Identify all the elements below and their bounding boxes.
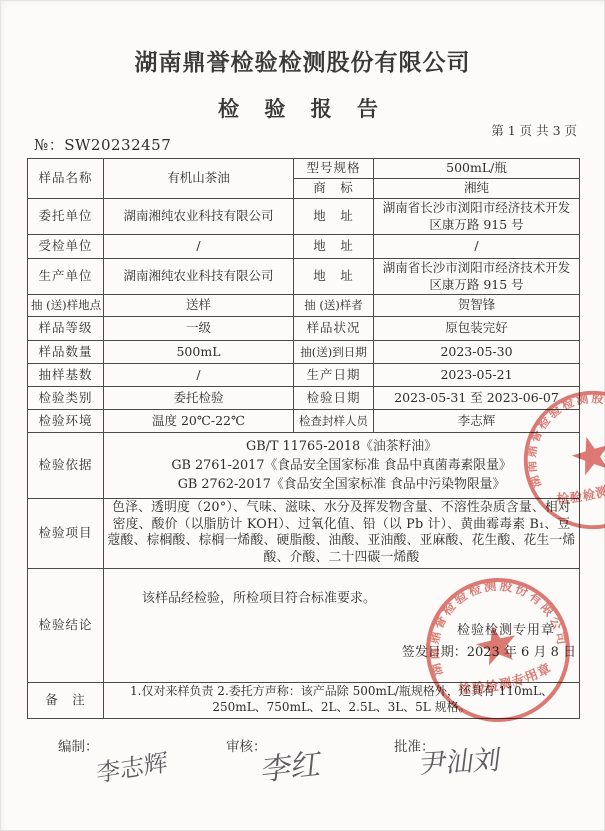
sample-quantity-value: 500mL — [104, 341, 294, 364]
inspection-report-page: 湖南鼎誉检验检测股份有限公司 检 验 报 告 №：SW20232457 第 1 … — [0, 0, 605, 831]
address-label: 地 址 — [294, 259, 374, 295]
table-row: 抽样基数 / 生产日期 2023-05-21 — [28, 364, 580, 387]
table-row: 备 注 1.仅对来样负责 2.委托方声称：该产品除 500mL/瓶规格外，还具有… — [28, 682, 580, 718]
items-label: 检验项目 — [28, 499, 104, 569]
sample-condition-value: 原包装完好 — [374, 317, 580, 341]
sample-name-label: 样品名称 — [28, 159, 104, 199]
table-row: 委托单位 湖南湘纯农业科技有限公司 地 址 湖南省长沙市浏阳市经济技术开发区康万… — [28, 199, 580, 235]
spec-label: 型号规格 — [294, 159, 374, 179]
table-row: 样品数量 500mL 抽(送)到日期 2023-05-30 — [28, 341, 580, 364]
seal-checker-label: 检查封样人员 — [294, 410, 374, 433]
table-row: 检验结论 该样品经检验，所检项目符合标准要求。 检验检测专用章 签发日期：202… — [28, 568, 580, 682]
sampler-label: 抽 (送)样者 — [294, 295, 374, 317]
sample-grade-value: 一级 — [104, 317, 294, 341]
approved-by-signature: 尹汕刘 — [418, 738, 504, 782]
sample-grade-label: 样品等级 — [28, 317, 104, 341]
inspection-date-value: 2023-05-31 至 2023-06-07 — [374, 387, 580, 410]
table-row: 抽 (送)样地点 送样 抽 (送)样者 贺智锋 — [28, 295, 580, 317]
production-date-label: 生产日期 — [294, 364, 374, 387]
brand-value: 湘纯 — [374, 179, 580, 199]
remark-label: 备 注 — [28, 682, 104, 718]
table-row: 生产单位 湖南湘纯农业科技有限公司 地 址 湖南省长沙市浏阳市经济技术开发区康万… — [28, 259, 580, 295]
reviewed-by-signature: 李红 — [260, 738, 324, 789]
sampling-base-value: / — [104, 364, 294, 387]
table-row: 检验项目 色泽、透明度（20°）、气味、滋味、水分及挥发物含量、不溶性杂质含量、… — [28, 499, 580, 569]
inspection-type-label: 检验类别 — [28, 387, 104, 410]
sampling-base-label: 抽样基数 — [28, 364, 104, 387]
manufacturer-value: 湖南湘纯农业科技有限公司 — [104, 259, 294, 295]
conclusion-cell: 该样品经检验，所检项目符合标准要求。 检验检测专用章 签发日期：2023 年 6… — [104, 568, 580, 682]
sample-condition-label: 样品状况 — [294, 317, 374, 341]
seal-checker-value: 李志辉 — [374, 410, 580, 433]
environment-value: 温度 20℃-22℃ — [104, 410, 294, 433]
table-row: 样品名称 有机山茶油 型号规格 500mL/瓶 — [28, 159, 580, 179]
sampling-place-value: 送样 — [104, 295, 294, 317]
manufacturer-label: 生产单位 — [28, 259, 104, 295]
client-value: 湖南湘纯农业科技有限公司 — [104, 199, 294, 235]
report-number: №：SW20232457 — [34, 134, 171, 155]
prepared-by-label: 编制： — [58, 735, 99, 755]
address-value: 湖南省长沙市浏阳市经济技术开发区康万路 915 号 — [374, 259, 580, 295]
report-number-label: №： — [34, 136, 64, 154]
spec-value: 500mL/瓶 — [374, 159, 580, 179]
table-row: 检验依据 GB/T 11765-2018《油茶籽油》 GB 2761-2017《… — [28, 433, 580, 499]
sampler-value: 贺智锋 — [374, 295, 580, 317]
sample-quantity-label: 样品数量 — [28, 341, 104, 364]
environment-label: 检验环境 — [28, 410, 104, 433]
items-value: 色泽、透明度（20°）、气味、滋味、水分及挥发物含量、不溶性杂质含量、相对密度、… — [104, 499, 580, 569]
report-title: 检 验 报 告 — [0, 93, 605, 123]
table-row: 检验类别 委托检验 检验日期 2023-05-31 至 2023-06-07 — [28, 387, 580, 410]
address-label: 地 址 — [294, 199, 374, 235]
reviewed-by-label: 审核： — [226, 735, 267, 755]
sample-info-table: 样品名称 有机山茶油 型号规格 500mL/瓶 商 标 湘纯 委托单位 湖南湘纯… — [27, 158, 580, 719]
basis-line: GB 2762-2017《食品安全国家标准 食品中污染物限量》 — [107, 475, 576, 494]
conclusion-label: 检验结论 — [28, 568, 104, 682]
address-value: 湖南省长沙市浏阳市经济技术开发区康万路 915 号 — [374, 199, 580, 235]
prepared-by-signature: 李志辉 — [96, 742, 168, 789]
inspection-type-value: 委托检验 — [104, 387, 294, 410]
remark-value: 1.仅对来样负责 2.委托方声称：该产品除 500mL/瓶规格外，还具有 110… — [104, 682, 580, 718]
basis-line: GB/T 11765-2018《油茶籽油》 — [107, 437, 576, 456]
report-number-value: SW20232457 — [64, 136, 171, 154]
received-date-value: 2023-05-30 — [374, 341, 580, 364]
basis-label: 检验依据 — [28, 433, 104, 499]
production-date-value: 2023-05-21 — [374, 364, 580, 387]
client-label: 委托单位 — [28, 199, 104, 235]
page-indicator: 第 1 页 共 3 页 — [491, 121, 577, 139]
address-value: / — [374, 235, 580, 259]
company-title: 湖南鼎誉检验检测股份有限公司 — [0, 44, 605, 77]
inspected-unit-label: 受检单位 — [28, 235, 104, 259]
inspected-unit-value: / — [104, 235, 294, 259]
basis-value: GB/T 11765-2018《油茶籽油》 GB 2761-2017《食品安全国… — [104, 433, 580, 499]
inspection-date-label: 检验日期 — [294, 387, 374, 410]
address-label: 地 址 — [294, 235, 374, 259]
sample-name-value: 有机山茶油 — [104, 159, 294, 199]
table-row: 受检单位 / 地 址 / — [28, 235, 580, 259]
sampling-place-label: 抽 (送)样地点 — [28, 295, 104, 317]
table-row: 检验环境 温度 20℃-22℃ 检查封样人员 李志辉 — [28, 410, 580, 433]
basis-line: GB 2761-2017《食品安全国家标准 食品中真菌毒素限量》 — [107, 456, 576, 475]
table-row: 样品等级 一级 样品状况 原包装完好 — [28, 317, 580, 341]
seal-caption-print: 检验检测专用章 — [457, 623, 555, 640]
brand-label: 商 标 — [294, 179, 374, 199]
received-date-label: 抽(送)到日期 — [294, 341, 374, 364]
conclusion-text: 该样品经检验，所检项目符合标准要求。 — [142, 591, 376, 608]
issue-date: 签发日期：2023 年 6 月 8 日 — [402, 645, 576, 662]
